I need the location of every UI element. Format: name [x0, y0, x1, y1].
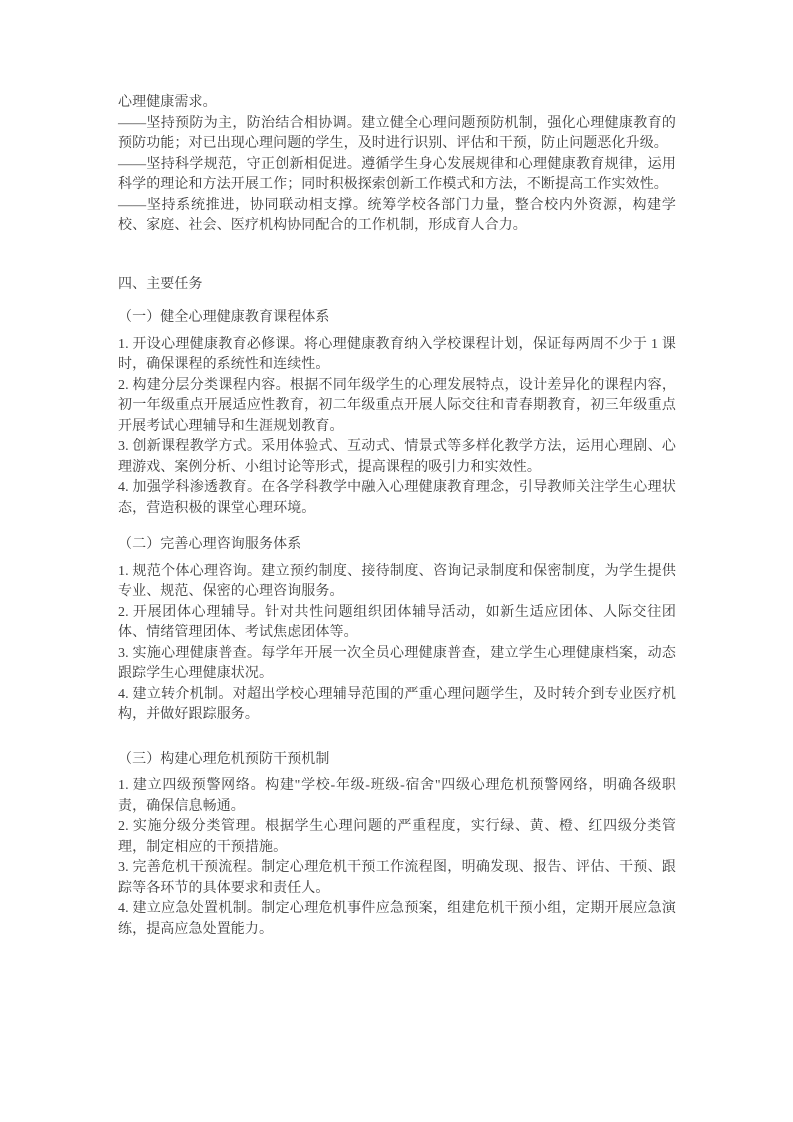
task-item: 3. 创新课程教学方式。采用体验式、互动式、情景式等多样化教学方法，运用心理剧、…	[118, 437, 676, 478]
task-item: 2. 开展团体心理辅导。针对共性问题组织团体辅导活动，如新生适应团体、人际交往团…	[118, 603, 676, 644]
principle-paragraph-prevention: ——坚持预防为主，防治结合相协调。建立健全心理问题预防机制，强化心理健康教育的预…	[118, 114, 676, 155]
task-item: 2. 实施分级分类管理。根据学生心理问题的严重程度，实行绿、黄、橙、红四级分类管…	[118, 817, 676, 858]
subsection-heading-crisis-mechanism: （三）构建心理危机预防干预机制	[118, 750, 676, 771]
task-item: 1. 开设心理健康教育必修课。将心理健康教育纳入学校课程计划，保证每两周不少于 …	[118, 335, 676, 376]
task-item: 4. 建立转介机制。对超出学校心理辅导范围的严重心理问题学生，及时转介到专业医疗…	[118, 685, 676, 726]
task-item: 3. 实施心理健康普查。每学年开展一次全员心理健康普查，建立学生心理健康档案，动…	[118, 644, 676, 685]
task-item: 1. 规范个体心理咨询。建立预约制度、接待制度、咨询记录制度和保密制度，为学生提…	[118, 562, 676, 603]
task-item: 4. 建立应急处置机制。制定心理危机事件应急预案，组建危机干预小组，定期开展应急…	[118, 899, 676, 940]
subsection-heading-curriculum: （一）健全心理健康教育课程体系	[118, 308, 676, 329]
task-item: 4. 加强学科渗透教育。在各学科教学中融入心理健康教育理念，引导教师关注学生心理…	[118, 478, 676, 519]
document-page: 心理健康需求。 ——坚持预防为主，防治结合相协调。建立健全心理问题预防机制，强化…	[0, 0, 793, 1122]
paragraph-carryover: 心理健康需求。	[118, 93, 676, 114]
principle-paragraph-science: ——坚持科学规范，守正创新相促进。遵循学生身心发展规律和心理健康教育规律，运用科…	[118, 155, 676, 196]
task-item: 1. 建立四级预警网络。构建"学校-年级-班级-宿舍"四级心理危机预警网络，明确…	[118, 776, 676, 817]
section-heading-main-tasks: 四、主要任务	[118, 275, 676, 296]
task-item: 2. 构建分层分类课程内容。根据不同年级学生的心理发展特点，设计差异化的课程内容…	[118, 376, 676, 438]
task-item: 3. 完善危机干预流程。制定心理危机干预工作流程图，明确发现、报告、评估、干预、…	[118, 858, 676, 899]
subsection-heading-counseling: （二）完善心理咨询服务体系	[118, 535, 676, 556]
principle-paragraph-coordination: ——坚持系统推进，协同联动相支撑。统筹学校各部门力量，整合校内外资源，构建学校、…	[118, 196, 676, 237]
